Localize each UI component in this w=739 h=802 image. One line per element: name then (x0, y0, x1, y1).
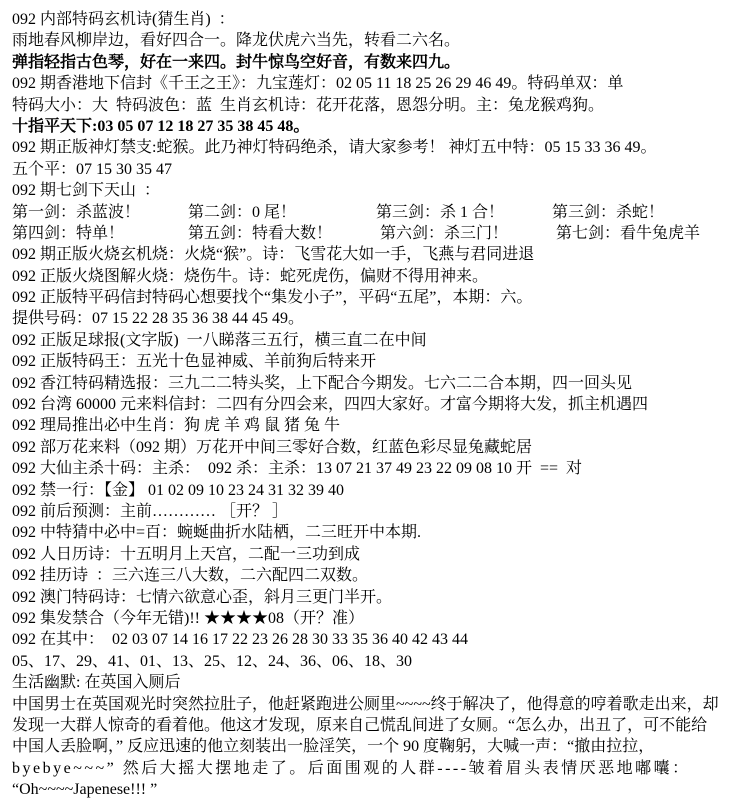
text-line: 第一剑：杀蓝波！ 第二剑：0 尾！ 第三剑：杀 1 合！ 第三剑：杀蛇！ (12, 202, 737, 223)
story-line: 中国人丢脸啊，” 反应迅速的他立刻装出一脸淫笑，一个 90 度鞠躬，大喊一声：“… (12, 736, 737, 757)
title-line: 092 内部特码玄机诗(猜生肖) ： (12, 9, 737, 30)
text-line: 05、17、29、41、01、13、25、12、24、36、06、18、30 (12, 651, 737, 672)
text-line: 092 香江特码精选报：三九二二特头奖，上下配合今期发。七六二二合本期，四一回头… (12, 373, 737, 394)
text-line: 092 正版足球报(文字版) 一八睇落三五行，横三直二在中间 (12, 330, 737, 351)
text-line: 092 部万花来料（092 期）万花开中间三零好合数，红蓝色彩尽显兔藏蛇居 (12, 437, 737, 458)
text-line: 092 期正版火烧玄机烧：火烧“猴”。诗：飞雪花大如一手，飞燕与君同进退 (12, 244, 737, 265)
text-line: 092 禁一行：【金】 01 02 09 10 23 24 31 32 39 4… (12, 480, 737, 501)
text-line: 092 人日历诗：十五明月上天宫，二配一三功到成 (12, 544, 737, 565)
text-line: 092 理局推出必中生肖：狗 虎 羊 鸡 鼠 猪 兔 牛 (12, 415, 737, 436)
story-line: “Oh~~~~Japenese!!! ” (12, 779, 737, 800)
text-line: 092 台湾 60000 元来料信封：二四有分四会来，四四大家好。才富今期将大发… (12, 394, 737, 415)
text-line: 雨地春风柳岸边，看好四合一。降龙伏虎六当先，转看二六名。 (12, 30, 737, 51)
text-line: 092 挂历诗 ：三六连三八大数，二六配四二双数。 (12, 565, 737, 586)
text-line: 092 期七剑下天山 ： (12, 180, 737, 201)
text-line: 第四剑：特单！ 第五剑：特看大数！ 第六剑：杀三门！ 第七剑：看牛兔虎羊 (12, 223, 737, 244)
text-line: 十指平天下:03 05 07 12 18 27 35 38 45 48。 (12, 116, 737, 137)
text-line: 092 期香港地下信封《千王之王》：九宝莲灯：02 05 11 18 25 26… (12, 73, 737, 94)
text-line: 092 在其中： 02 03 07 14 16 17 22 23 26 28 3… (12, 629, 737, 650)
text-line: 092 期正版神灯禁支:蛇猴。此乃神灯特码绝杀，请大家参考！ 神灯五中特：05 … (12, 137, 737, 158)
document-page: 092 内部特码玄机诗(猜生肖) ： 雨地春风柳岸边，看好四合一。降龙伏虎六当先… (0, 0, 739, 802)
text-line: 092 中特猜中必中=百：蜿蜒曲折水陆栖，二三旺开中本期. (12, 522, 737, 543)
text-line: 弹指轻指古色琴，好在一来四。封牛惊鸟空好音，有数来四九。 (12, 52, 737, 73)
text-line: 092 大仙主杀十码：主杀： 092 杀：主杀：13 07 21 37 49 2… (12, 458, 737, 479)
section-heading-line: 生活幽默: 在英国入厕后 (12, 672, 737, 693)
text-line: 092 正版特平码信封特码心想要找个“集发小子”，平码“五尾”，本期：六。 (12, 287, 737, 308)
story-line: 中国男士在英国观光时突然拉肚子，他赶紧跑进公厕里~~~~终于解决了，他得意的哼着… (12, 694, 737, 715)
text-line: 五个平：07 15 30 35 47 (12, 159, 737, 180)
text-line: 092 澳门特码诗：七情六欲意心歪，斜月三更门半开。 (12, 587, 737, 608)
text-line: 092 正版火烧图解火烧：烧伤牛。诗：蛇死虎伤，偏财不得用神来。 (12, 266, 737, 287)
story-line: byebye~~~” 然后大摇大摆地走了。后面围观的人群----皱着眉头表情厌恶… (12, 758, 737, 779)
text-line: 提供号码：07 15 22 28 35 36 38 44 45 49。 (12, 308, 737, 329)
text-line: 092 集发禁合（今年无错)!! ★★★★08（开？准） (12, 608, 737, 629)
text-line: 092 正版特码王：五光十色显神威、羊前狗后特来开 (12, 351, 737, 372)
story-line: 发现一大群人惊奇的看着他。他这才发现，原来自己慌乱间进了女厕。“怎么办，出丑了，… (12, 715, 737, 736)
text-line: 特码大小：大 特码波色：蓝 生肖玄机诗：花开花落，恩怨分明。主：兔龙猴鸡狗。 (12, 95, 737, 116)
text-line: 092 前后预测：主前………… ［开？ ］ (12, 501, 737, 522)
